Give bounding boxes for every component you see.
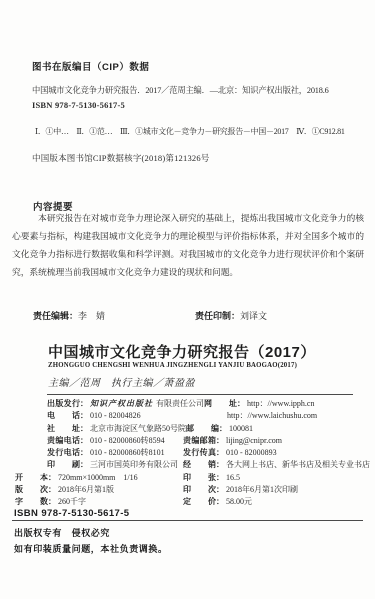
row-editor-phone: 责编电话：010 - 82000860转8594 责编邮箱：lijing@cni… <box>0 435 375 447</box>
divider-bottom <box>12 520 363 521</box>
value-printer: 三河市国英印务有限公司 <box>90 460 178 469</box>
label-editor-email: 责编邮箱 <box>183 435 216 447</box>
publishing-info-table: 出版发行：知识产权出版社有限责任公司 网址：http：//www.ipph.cn… <box>0 398 375 509</box>
colon: ： <box>80 436 88 445</box>
colon: ： <box>216 460 224 469</box>
row-wordcount: 字数：260千字 定价：58.00元 <box>0 496 375 508</box>
row-format: 开本：720mm×1000mm 1/16 印张：16.5 <box>0 472 375 484</box>
value-editor-phone: 010 - 82000860转8594 <box>90 436 165 445</box>
value-postcode: 100081 <box>229 424 253 433</box>
isbn-bottom: ISBN 978-7-5130-5617-5 <box>14 508 129 519</box>
cip-catalog-line: 中国城市文化竞争力研究报告．2017／范周主编．—北京：知识产权出版社，2018… <box>32 84 329 96</box>
abstract-body: 本研究报告在对城市竞争力理论深入研究的基础上，提炼出我国城市文化竞争力的核心要素… <box>12 209 364 281</box>
row-printer: 印刷：三河市国英印务有限公司 经销：各大网上书店、新华书店及相关专业书店 <box>0 459 375 471</box>
colon: ： <box>80 424 88 433</box>
row-edition: 版次：2018年6月第1版 印次：2018年6月第1次印刷 <box>0 484 375 496</box>
rights-notice: 出版权专有 侵权必究 <box>14 526 110 539</box>
value-printing: 2018年6月第1次印刷 <box>226 485 298 494</box>
label-distribution: 经销 <box>183 459 216 471</box>
value-distribution: 各大网上书店、新华书店及相关专业书店 <box>226 460 370 469</box>
book-editors-line: 主编／范周 执行主编／萧盈盈 <box>48 374 195 389</box>
responsible-printer: 责任印制：刘译文 <box>195 309 267 322</box>
label-website: 网址 <box>204 398 237 410</box>
label-printer: 印刷 <box>47 459 80 471</box>
colon: ： <box>216 485 224 494</box>
label-editor-phone: 责编电话 <box>47 435 80 447</box>
label-fax: 发行传真 <box>183 447 216 459</box>
responsible-printer-label: 责任印制： <box>195 311 240 321</box>
cip-heading: 图书在版编目（CIP）数据 <box>32 59 149 73</box>
row-address: 社址：北京市海淀区气象路50号院 邮编：100081 <box>0 423 375 435</box>
value-sheets: 16.5 <box>226 473 240 482</box>
row-phone: 电话：010 - 82004826 http：//www.laichushu.c… <box>0 410 375 422</box>
colon: ： <box>48 497 56 506</box>
quality-notice: 如有印装质量问题，本社负责调换。 <box>14 542 168 555</box>
divider-top <box>47 394 353 395</box>
label-postcode: 邮编 <box>186 423 219 435</box>
label-format: 开本 <box>15 472 48 484</box>
label-sheets: 印张 <box>183 472 216 484</box>
responsible-printer-name: 刘译文 <box>240 311 267 321</box>
cip-record-number: 中国版本图书馆CIP数据核字(2018)第121326号 <box>32 152 210 164</box>
value-editor-email: lijing@cnipr.com <box>226 436 282 445</box>
value-phone: 010 - 82004826 <box>90 411 141 420</box>
label-wordcount: 字数 <box>15 496 48 508</box>
colon: ： <box>48 485 56 494</box>
colon: ： <box>80 411 88 420</box>
colon: ： <box>80 460 88 469</box>
value-wordcount: 260千字 <box>58 497 86 506</box>
colon: ： <box>216 436 224 445</box>
responsible-editor: 责任编辑：李 婧 <box>33 309 105 322</box>
colon: ： <box>237 399 245 408</box>
responsible-editor-label: 责任编辑： <box>33 311 78 321</box>
responsible-editor-name: 李 婧 <box>78 311 105 321</box>
cip-classification: Ⅰ．①中… Ⅱ．①范… Ⅲ．①城市文化－竞争力－研究报告－中国－2017 Ⅳ．①… <box>35 126 345 137</box>
value-website-1: http：//www.ipph.cn <box>247 399 314 408</box>
value-address: 北京市海淀区气象路50号院 <box>90 424 186 433</box>
colon: ： <box>48 473 56 482</box>
label-publisher: 出版发行 <box>47 398 80 410</box>
book-title-pinyin: ZHONGGUO CHENGSHI WENHUA JINGZHENGLI YAN… <box>48 362 297 369</box>
label-printing: 印次 <box>183 484 216 496</box>
label-distribution-phone: 发行电话 <box>47 447 80 459</box>
row-publisher: 出版发行：知识产权出版社有限责任公司 网址：http：//www.ipph.cn <box>0 398 375 410</box>
value-format: 720mm×1000mm 1/16 <box>58 473 138 482</box>
value-edition: 2018年6月第1版 <box>58 485 114 494</box>
colon: ： <box>80 399 88 408</box>
row-distribution-phone: 发行电话：010 - 82000860转8101 发行传真：010 - 8200… <box>0 447 375 459</box>
value-publisher-suffix: 有限责任公司 <box>156 399 204 408</box>
value-price: 58.00元 <box>226 497 252 506</box>
value-fax: 010 - 82000893 <box>226 448 277 457</box>
label-price: 定价 <box>183 496 216 508</box>
book-title: 中国城市文化竞争力研究报告（2017） <box>48 341 316 362</box>
colon: ： <box>216 473 224 482</box>
cip-isbn: ISBN 978-7-5130-5617-5 <box>32 100 125 110</box>
label-edition: 版次 <box>15 484 48 496</box>
label-address: 社址 <box>47 423 80 435</box>
value-website-2: http：//www.laichushu.com <box>227 411 317 420</box>
value-distribution-phone: 010 - 82000860转8101 <box>90 448 165 457</box>
copyright-page: 图书在版编目（CIP）数据 中国城市文化竞争力研究报告．2017／范周主编．—北… <box>0 0 375 599</box>
colon: ： <box>216 448 224 457</box>
colon: ： <box>216 497 224 506</box>
colon: ： <box>219 424 227 433</box>
staff-line: 责任编辑：李 婧 责任印制：刘译文 <box>0 309 375 323</box>
value-publisher-name: 知识产权出版社 <box>90 399 153 408</box>
colon: ： <box>80 448 88 457</box>
label-phone: 电话 <box>47 410 80 422</box>
